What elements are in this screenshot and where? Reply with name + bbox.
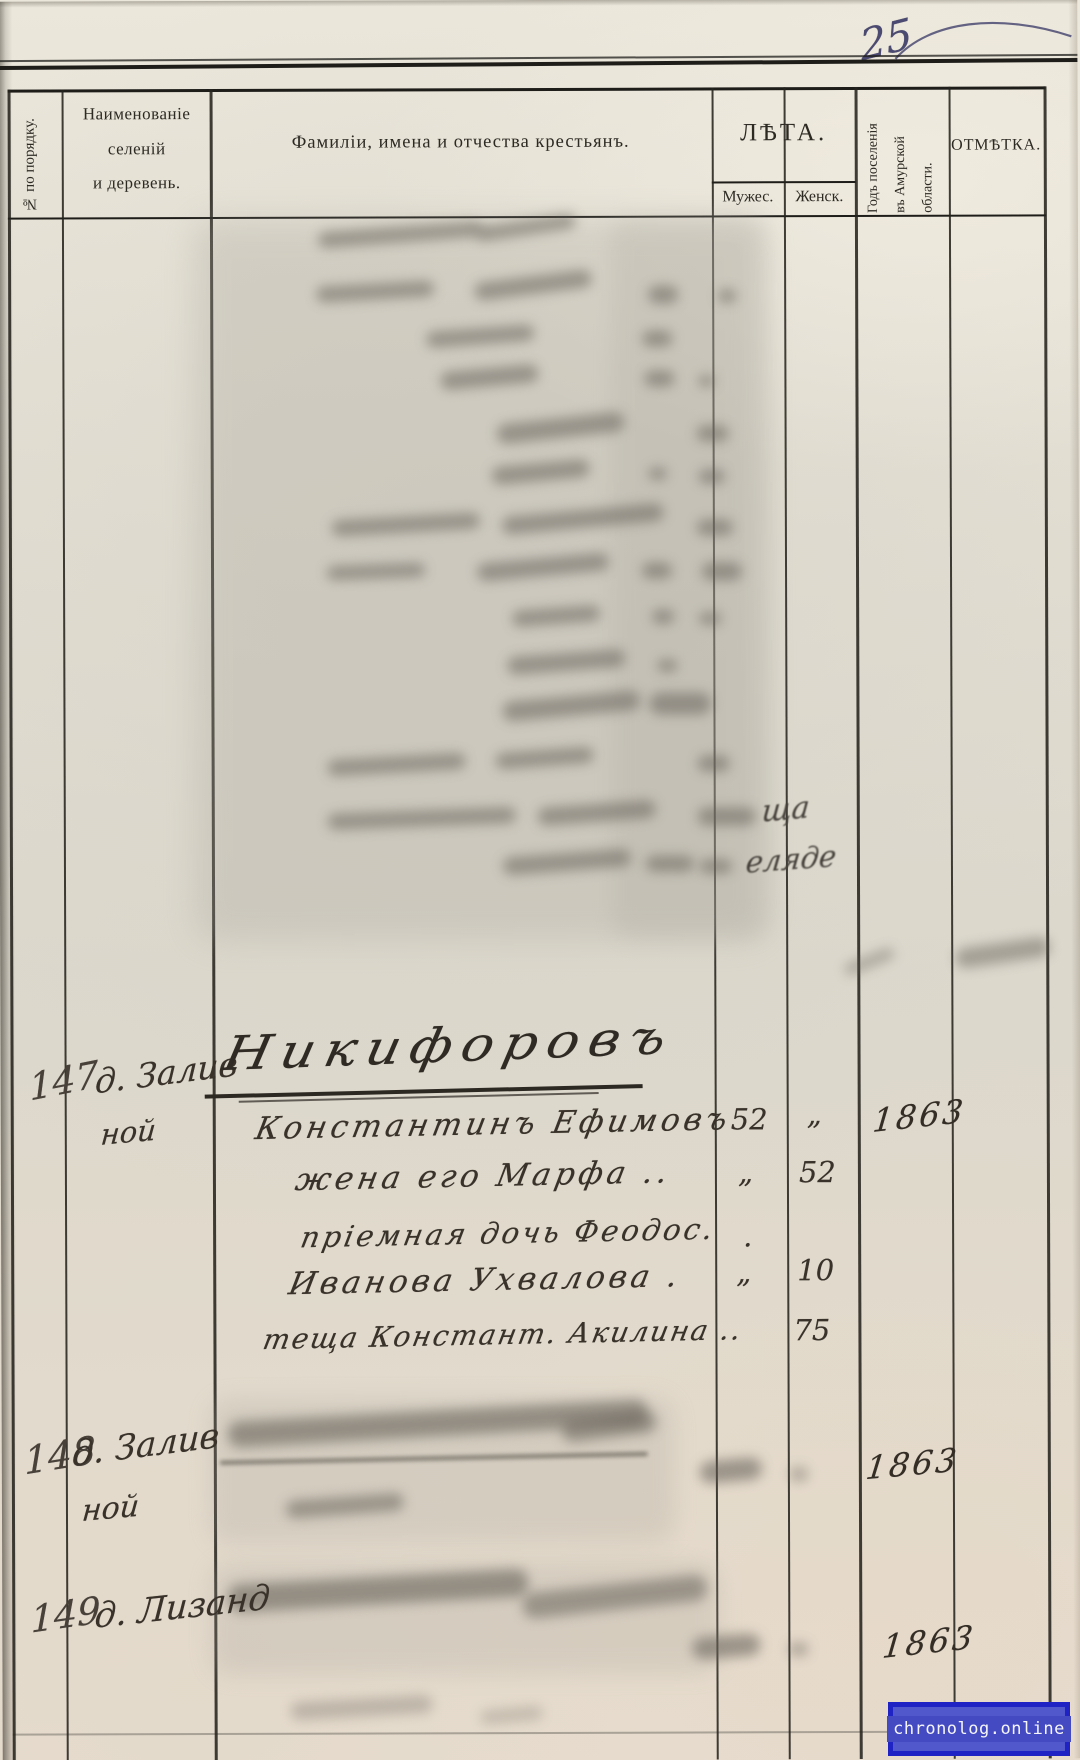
column-rule-order <box>62 89 69 1760</box>
blurred-handwriting-stroke <box>642 331 672 347</box>
entry-147-family-name: Никифоровъ <box>219 1010 681 1083</box>
member-name: жена его Марфа .. <box>293 1154 675 1198</box>
blurred-handwriting-stroke <box>698 807 756 825</box>
entry-149-year: 1863 <box>881 1617 978 1666</box>
header-names: Фамиліи, имена и отчества крестьянъ. <box>211 131 711 154</box>
column-rule-year <box>949 87 956 1759</box>
header-settlement-line2: селеній <box>62 139 212 159</box>
blurred-handwriting-stroke <box>843 947 895 977</box>
blurred-handwriting-stroke <box>698 755 730 771</box>
blurred-handwriting-stroke <box>699 612 721 624</box>
handwriting-fragment-1: ща <box>760 790 811 830</box>
header-settlement-line3: и деревень. <box>62 173 212 193</box>
blurred-handwriting-stroke <box>649 692 711 714</box>
blurred-handwriting-stroke <box>954 936 1051 969</box>
blurred-handwriting-stroke <box>657 660 677 672</box>
blurred-handwriting-stroke <box>652 610 674 624</box>
member-age-male-dot: . <box>743 1219 752 1253</box>
blurred-handwriting-stroke <box>644 371 674 387</box>
entry-147-number: 147 <box>28 1052 100 1109</box>
entry-147-settlement-line1: д. Залив <box>94 1044 238 1102</box>
blurred-handwriting-stroke <box>480 1705 543 1725</box>
blurred-handwriting-stroke <box>718 289 736 302</box>
blurred-handwriting-stroke <box>788 1642 808 1656</box>
member-age-male-ditto: „ <box>736 1255 751 1289</box>
header-order-number: № по порядку. <box>22 98 39 212</box>
blurred-handwriting-stroke <box>648 286 678 304</box>
blurred-handwriting-stroke <box>702 562 742 580</box>
member-age-male-ditto: „ <box>738 1155 753 1189</box>
page-right-shadow <box>1068 0 1080 1758</box>
scanned-census-page: 25 № по порядку. Наименованіе селеній и … <box>0 0 1080 1760</box>
member-age-female-ditto: „ <box>807 1097 822 1131</box>
member-name: Иванова Ухвалова . <box>286 1258 685 1302</box>
header-years-group: ЛѢТА. <box>712 119 856 147</box>
member-age-male: 52 <box>731 1102 768 1136</box>
blur-wash <box>610 217 770 939</box>
blurred-handwriting-stroke <box>642 563 672 579</box>
paper-scan: 25 № по порядку. Наименованіе селеній и … <box>0 0 1080 1760</box>
blurred-handwriting-stroke <box>790 1467 808 1481</box>
blurred-handwriting-stroke <box>649 468 667 480</box>
header-settle-year-line3: области. <box>914 91 942 213</box>
header-settle-year-line2: въ Амурской <box>887 91 915 213</box>
table-right-border <box>1044 86 1052 1758</box>
member-age-female: 75 <box>793 1313 830 1347</box>
blurred-handwriting-stroke <box>699 1457 763 1485</box>
blurred-handwriting-stroke <box>697 425 729 441</box>
blurred-handwriting-stroke <box>290 1695 433 1721</box>
table-bottom-rule <box>13 1731 893 1736</box>
member-name: Константинъ Ефимовъ <box>252 1101 734 1147</box>
header-settlement-line1: Наименованіе <box>62 104 212 124</box>
column-rule-male <box>784 87 791 1759</box>
blurred-handwriting-stroke <box>698 375 714 386</box>
member-name: теща Констант. Акилина .. <box>260 1313 745 1356</box>
member-age-female: 10 <box>797 1253 834 1287</box>
header-note: ОТМѢТКА. <box>949 136 1044 154</box>
header-female: Женск. <box>784 188 855 206</box>
header-male: Мужес. <box>712 188 784 206</box>
header-settle-year-line1: Годъ поселенія <box>860 91 888 213</box>
blurred-handwriting-stroke <box>646 856 694 872</box>
entry-148-year: 1863 <box>864 1440 962 1487</box>
entry-147-settlement-line2: ной <box>99 1113 157 1152</box>
entry-148-settlement-line2: ной <box>81 1489 141 1530</box>
header-settle-year: Годъ поселенія въ Амурской области. <box>860 91 942 213</box>
watermark-text: chronolog.online <box>887 1716 1071 1742</box>
watermark-box: chronolog.online <box>888 1702 1070 1756</box>
blurred-handwriting-stroke <box>700 859 732 873</box>
member-name: пріемная дочь Феодос. <box>298 1212 719 1255</box>
column-rule-female <box>855 87 863 1759</box>
member-age-female: 52 <box>799 1155 836 1189</box>
blurred-handwriting-stroke <box>692 1633 761 1660</box>
blurred-handwriting-stroke <box>697 519 733 535</box>
blurred-handwriting-stroke <box>699 469 725 483</box>
handwriting-fragment-2: еляде <box>744 839 838 880</box>
entry-149-number: 149 <box>31 1588 101 1641</box>
entry-148-settlement-line1: д. Залив <box>71 1416 220 1475</box>
